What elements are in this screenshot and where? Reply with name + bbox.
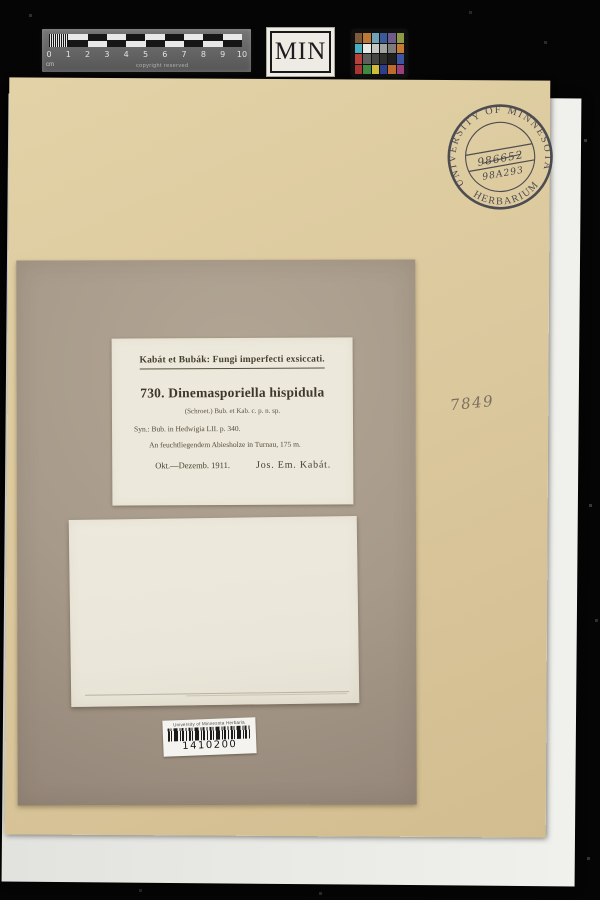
ruler-tick-label: 8 — [201, 50, 206, 59]
ruler-unit-label: cm — [46, 62, 54, 68]
ruler-cm-segment — [146, 34, 165, 47]
institution-code-label: MIN — [275, 38, 327, 66]
ruler-cm-segment — [68, 34, 87, 47]
color-calibration-card — [352, 30, 407, 77]
color-swatch — [397, 65, 404, 75]
label-collector: Jos. Em. Kabát. — [256, 459, 331, 470]
color-swatch — [363, 44, 370, 54]
institution-code-frame: MIN — [270, 31, 331, 73]
color-swatch — [372, 44, 379, 54]
color-swatch — [355, 54, 362, 64]
color-swatch — [355, 33, 362, 43]
dust-speckles — [0, 0, 1, 1]
color-swatch — [363, 54, 370, 64]
color-card-grid — [355, 33, 404, 74]
ruler-tick-label: 0 — [46, 50, 51, 59]
color-swatch — [397, 44, 404, 54]
ruler-cm-segment — [107, 34, 126, 47]
institution-code-tag: MIN — [266, 27, 335, 77]
label-author-line: (Schroet.) Bub. et Kab. c. p. n. sp. — [122, 406, 343, 415]
ruler-tick-label: 1 — [66, 50, 71, 59]
ruler-tick-label: 9 — [220, 50, 225, 59]
color-swatch — [363, 65, 370, 75]
specimen-label: Kabát et Bubák: Fungi imperfecti exsicca… — [112, 337, 354, 505]
ruler-cm-segment — [184, 34, 203, 47]
ruler-cm-segment — [49, 34, 68, 47]
color-swatch — [388, 54, 395, 64]
label-date-row: Okt.—Dezemb. 1911. Jos. Em. Kabát. — [122, 459, 343, 471]
color-swatch — [372, 65, 379, 75]
ruler-band — [49, 34, 242, 47]
color-swatch — [380, 54, 387, 64]
label-reference-line: Syn.: Bub. in Hedwigia LII. p. 340. — [134, 423, 343, 433]
ruler-tick-label: 10 — [237, 50, 247, 59]
color-swatch — [388, 33, 395, 43]
ruler-cm-segment — [223, 34, 242, 47]
barcode-sticker: University of Minnesota Herbaria 1410200 — [162, 717, 256, 757]
stamp-accession-number: 98A293 — [481, 165, 524, 183]
label-habitat-line: An feuchtliegendem Abiesholze in Turnau,… — [149, 439, 343, 449]
color-swatch — [380, 65, 387, 75]
ruler-tick-label: 3 — [104, 50, 109, 59]
ruler-tick-label: 5 — [143, 50, 148, 59]
color-swatch — [388, 65, 395, 75]
ruler-cm-segment — [126, 34, 145, 47]
color-swatch — [397, 33, 404, 43]
ruler-tick-label: 6 — [162, 50, 167, 59]
ruler-tick-label: 4 — [124, 50, 129, 59]
color-swatch — [380, 33, 387, 43]
color-swatch — [372, 33, 379, 43]
barcode-number: 1410200 — [166, 738, 253, 752]
label-date: Okt.—Dezemb. 1911. — [155, 460, 230, 470]
label-species-title: 730. Dinemasporiella hispidula — [122, 384, 343, 401]
label-series-title: Kabát et Bubák: Fungi imperfecti exsicca… — [139, 355, 324, 370]
specimen-envelope — [69, 516, 360, 707]
ruler-tick-label: 7 — [182, 50, 187, 59]
color-swatch — [363, 33, 370, 43]
color-swatch — [355, 44, 362, 54]
color-swatch — [372, 54, 379, 64]
color-swatch — [380, 44, 387, 54]
ruler-tick-label: 2 — [85, 50, 90, 59]
ruler-cm-segment — [165, 34, 184, 47]
herbarium-scan: UNIVERSITY OF MINNESOTA HERBARIUM 986652… — [0, 0, 600, 900]
ruler-cm-segment — [203, 34, 222, 47]
color-swatch — [355, 65, 362, 75]
scale-bar: cm copyright reserved 012345678910 — [42, 29, 251, 72]
ruler-cm-segment — [88, 34, 107, 47]
color-swatch — [388, 44, 395, 54]
ruler-copyright-text: copyright reserved — [136, 63, 188, 69]
stamp-svg: UNIVERSITY OF MINNESOTA HERBARIUM 986652… — [435, 91, 565, 221]
color-swatch — [397, 54, 404, 64]
herbarium-stamp: UNIVERSITY OF MINNESOTA HERBARIUM 986652… — [435, 91, 565, 221]
